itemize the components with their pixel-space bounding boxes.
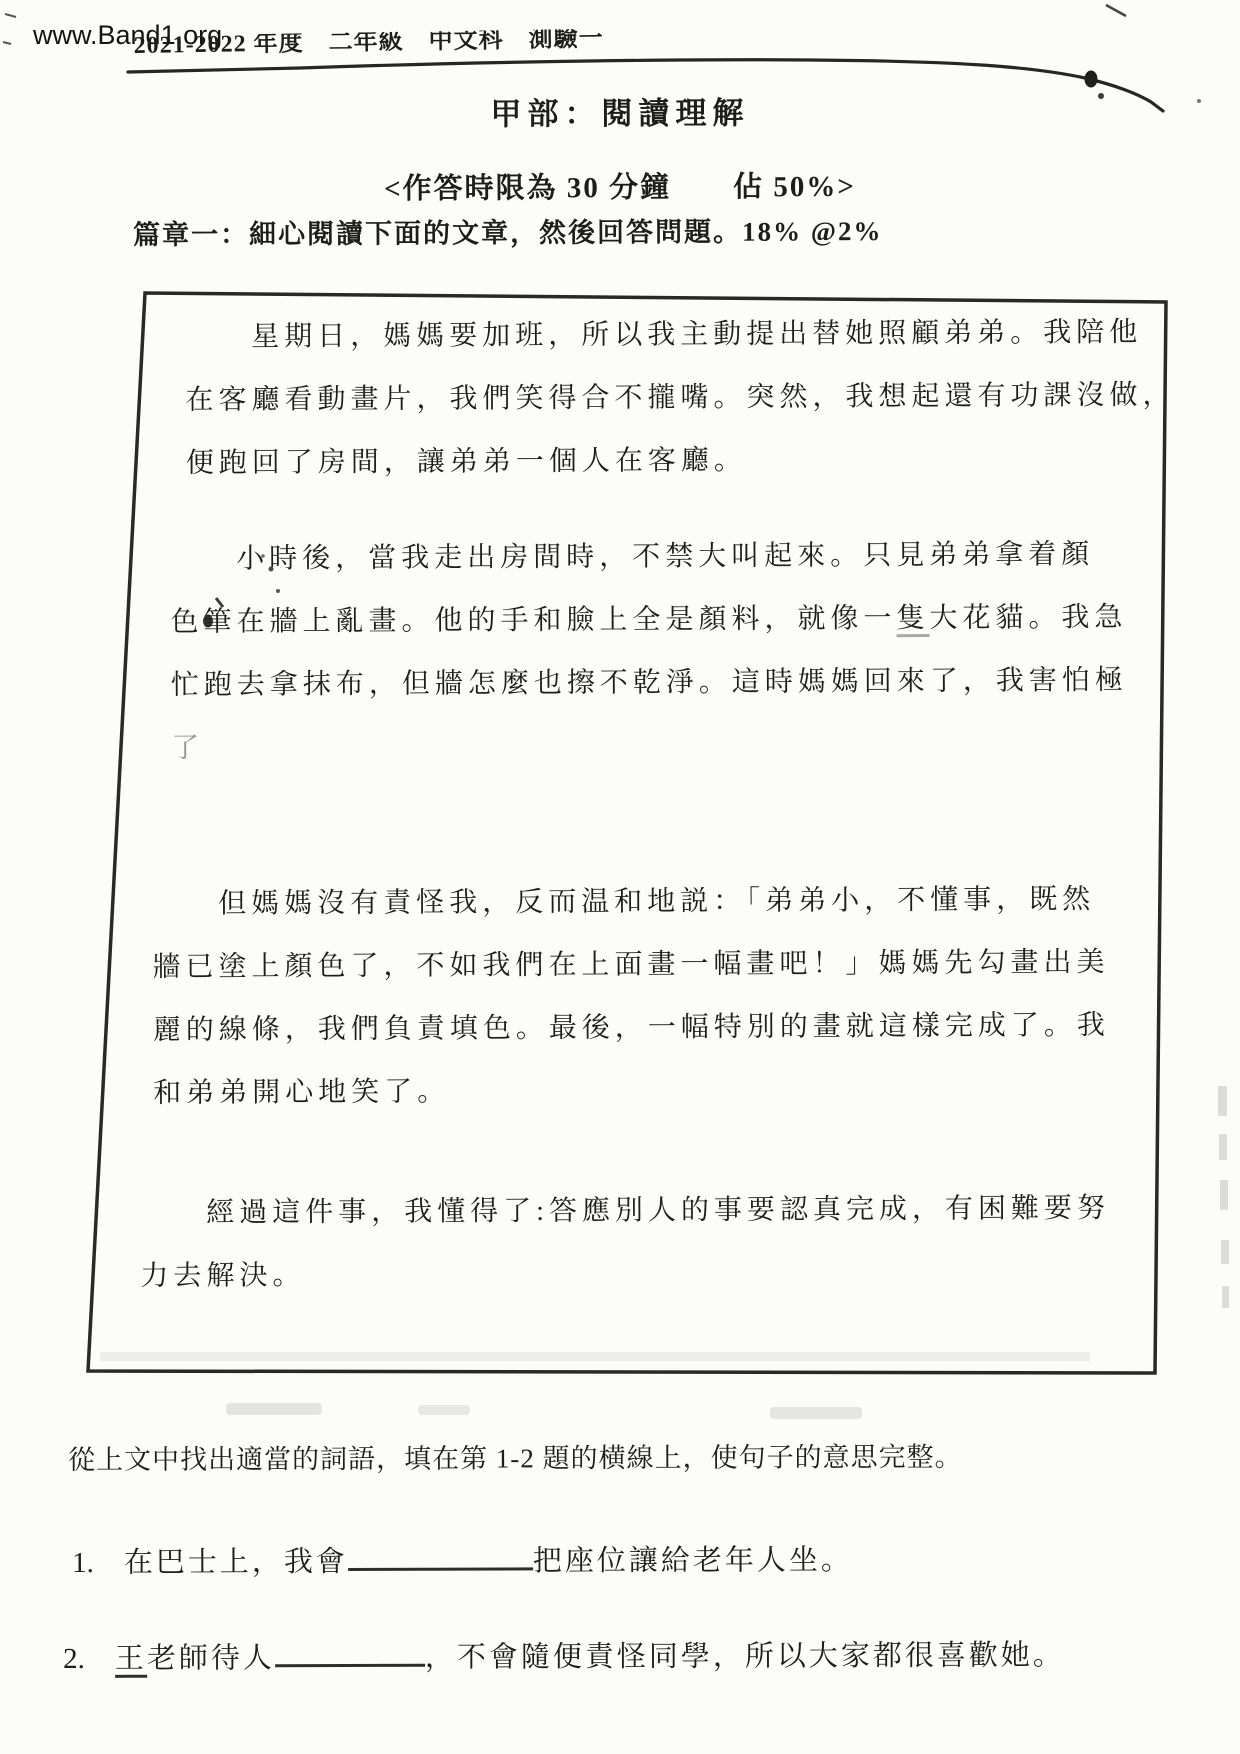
passage-line: 經過這件事，我懂得了:答應別人的事要認真完成，有困難要努 — [140, 1177, 1110, 1245]
question-text: 把座位讓給老年人坐。 — [533, 1544, 853, 1577]
passage-line: 小時後，當我走出房間時，不禁大叫起來。只見弟弟拿着顏 — [170, 523, 1127, 591]
passage-paragraph-2: 小時後，當我走出房間時，不禁大叫起來。只見弟弟拿着顏 色筆在牆上亂畫。他的手和臉… — [170, 523, 1128, 780]
passage-line: 力去解決。 — [140, 1240, 1110, 1308]
passage-text: 色筆在牆上亂畫。他的手和臉上全是顏料，就像一 — [170, 603, 896, 638]
question-1: 1.在巴士上，我會把座位讓給老年人坐。 — [72, 1534, 853, 1581]
copy-smudge — [770, 1407, 862, 1419]
question-text: ，不會隨便責怪同學，所以大家都很喜歡她。 — [425, 1640, 1065, 1674]
passage-line: 忙跑去拿抹布，但牆怎麼也擦不乾淨。這時媽媽回來了，我害怕極 — [171, 649, 1128, 717]
passage-line: 星期日，媽媽要加班，所以我主動提出替她照顧弟弟。我陪他 — [185, 301, 1175, 369]
question-2: 2.王老師待人，不會隨便責怪同學，所以大家都很喜歡她。 — [63, 1630, 1065, 1677]
corner-mark — [1106, 5, 1126, 16]
scanned-test-page: www.Band1.org 2021-2022 年度 二年級 中文科 測驗一 甲… — [0, 0, 1240, 1754]
underlined-name: 王 — [115, 1643, 147, 1678]
passage-line: 便跑回了房間，讓弟弟一個人在客廳。 — [186, 427, 1176, 495]
answer-blank — [348, 1535, 533, 1571]
question-number: 2. — [63, 1643, 85, 1676]
question-text: 老師待人 — [147, 1642, 275, 1674]
underlined-word: 隻 — [896, 603, 929, 637]
question-text: 在巴士上，我會 — [124, 1546, 348, 1579]
section-a-title: 甲部：閱讀理解 — [0, 85, 1240, 135]
question-number: 1. — [72, 1547, 94, 1580]
answer-blank — [275, 1632, 425, 1668]
margin-ghost-marks — [1218, 1086, 1229, 1308]
copy-smudge — [100, 1352, 1090, 1361]
page-header: 2021-2022 年度 二年級 中文科 測驗一 — [134, 29, 604, 67]
passage-text: 大花貓。我急 — [929, 602, 1127, 634]
copy-smudge — [418, 1405, 470, 1415]
passage-paragraph-4: 經過這件事，我懂得了:答應別人的事要認真完成，有困難要努 力去解決。 — [140, 1177, 1110, 1308]
passage-line-faint: 了 — [171, 712, 1128, 780]
passage-line: 和弟弟開心地笑了。 — [153, 1057, 1110, 1125]
time-limit-note: <作答時限為 30 分鐘 佔 50%> — [0, 162, 1240, 209]
passage-paragraph-1: 星期日，媽媽要加班，所以我主動提出替她照顧弟弟。我陪他 在客廳看動畫片，我們笑得… — [185, 301, 1176, 495]
edge-marks — [3, 14, 16, 44]
passage-line: 在客廳看動畫片，我們笑得合不攏嘴。突然，我想起還有功課沒做， — [185, 364, 1175, 432]
passage-line: 色筆在牆上亂畫。他的手和臉上全是顏料，就像一隻大花貓。我急 — [170, 586, 1127, 654]
passage-intro: 篇章一：細心閱讀下面的文章，然後回答問題。18% @2% — [133, 209, 883, 252]
copy-smudge — [226, 1403, 322, 1415]
passage-line: 但媽媽沒有責怪我，反而温和地説：「弟弟小，不懂事，既然 — [152, 868, 1109, 936]
header-title: 2021-2022 年度 二年級 中文科 測驗一 — [134, 29, 604, 64]
fill-in-instruction: 從上文中找出適當的詞語，填在第 1-2 題的横線上，使句子的意思完整。 — [68, 1435, 963, 1477]
passage-line: 麗的線條，我們負責填色。最後，一幅特別的畫就這樣完成了。我 — [153, 994, 1110, 1062]
passage-paragraph-3: 但媽媽沒有責怪我，反而温和地説：「弟弟小，不懂事，既然 牆已塗上顏色了，不如我們… — [152, 868, 1110, 1125]
passage-line: 牆已塗上顏色了，不如我們在上面畫一幅畫吧！」媽媽先勾畫出美 — [152, 931, 1109, 999]
